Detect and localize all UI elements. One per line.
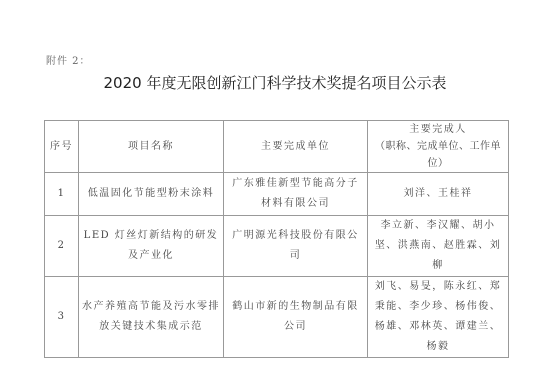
cell-project: 水产养殖高节能及污水零排放关键技术集成示范 [79,277,224,358]
cell-unit: 广东雅佳新型节能高分子材料有限公司 [224,173,368,216]
cell-index: 2 [45,216,79,277]
cell-index: 1 [45,173,79,216]
header-project: 项目名称 [79,121,224,173]
cell-people: 刘洋、王桂祥 [368,173,509,216]
cell-index: 3 [45,277,79,358]
cell-people: 李立新、李汉耀、胡小坚、洪燕南、赵胜霖、刘柳 [368,216,509,277]
table-row: 3 水产养殖高节能及污水零排放关键技术集成示范 鹤山市新的生物制品有限公司 刘飞… [45,277,509,358]
header-unit: 主要完成单位 [224,121,368,173]
header-people-line1: 主要完成人 [371,121,505,138]
cell-unit: 广明源光科技股份有限公司 [224,216,368,277]
cell-people: 刘飞、易旻，陈永红、郑秉能、李少珍、杨伟俊、杨雄、邓林英、谭建兰、杨毅 [368,277,509,358]
table-header-row: 序号 项目名称 主要完成单位 主要完成人 （职称、完成单位、工作单位） [45,121,509,173]
page-title: 2020 年度无限创新江门科学技术奖提名项目公示表 [0,72,550,93]
header-index: 序号 [45,121,79,173]
cell-project: LED 灯丝灯新结构的研发及产业化 [79,216,224,277]
header-people-line2: （职称、完成单位、工作单位） [371,138,505,172]
cell-project: 低温固化节能型粉末涂料 [79,173,224,216]
table-row: 2 LED 灯丝灯新结构的研发及产业化 广明源光科技股份有限公司 李立新、李汉耀… [45,216,509,277]
nomination-table: 序号 项目名称 主要完成单位 主要完成人 （职称、完成单位、工作单位） 1 低温… [44,120,509,358]
cell-unit: 鹤山市新的生物制品有限公司 [224,277,368,358]
attachment-label: 附件 2： [46,52,91,67]
table-row: 1 低温固化节能型粉末涂料 广东雅佳新型节能高分子材料有限公司 刘洋、王桂祥 [45,173,509,216]
header-people: 主要完成人 （职称、完成单位、工作单位） [368,121,509,173]
